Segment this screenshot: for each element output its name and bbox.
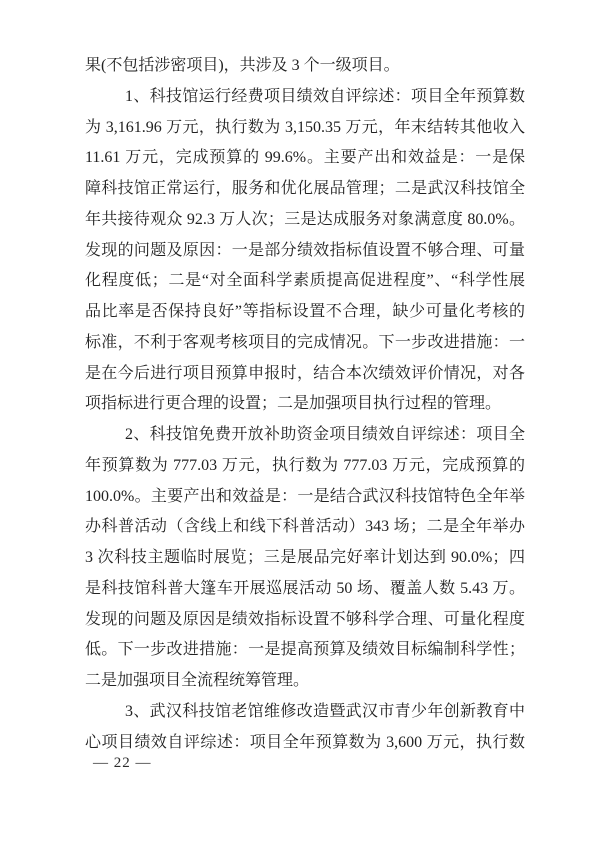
text-line: 11.61 万元，完成预算的 99.6%。主要产出和效益是：一是保 bbox=[85, 143, 525, 174]
text-line: 为 3,161.96 万元，执行数为 3,150.35 万元，年末结转其他收入 bbox=[85, 113, 525, 144]
document-body: 果(不包括涉密项目)，共涉及 3 个一级项目。1、科技馆运行经费项目绩效自评综述… bbox=[85, 51, 525, 758]
text-line: 办科普活动（含线上和线下科普活动）343 场；二是全年举办 bbox=[85, 512, 525, 543]
paragraph: 1、科技馆运行经费项目绩效自评综述：项目全年预算数为 3,161.96 万元，执… bbox=[85, 82, 525, 420]
text-line: 标准，不利于客观考核项目的完成情况。下一步改进措施：一 bbox=[85, 328, 525, 359]
text-line: 年共接待观众 92.3 万人次；三是达成服务对象满意度 80.0%。 bbox=[85, 205, 525, 236]
text-line: 100.0%。主要产出和效益是：一是结合武汉科技馆特色全年举 bbox=[85, 482, 525, 513]
paragraph: 果(不包括涉密项目)，共涉及 3 个一级项目。 bbox=[85, 51, 525, 82]
text-line: 品比率是否保持良好”等指标设置不合理，缺少可量化考核的 bbox=[85, 297, 525, 328]
text-line: 化程度低；二是“对全面科学素质提高促进程度”、“科学性展 bbox=[85, 266, 525, 297]
text-line: 是在今后进行项目预算申报时，结合本次绩效评价情况，对各 bbox=[85, 359, 525, 390]
text-line: 1、科技馆运行经费项目绩效自评综述：项目全年预算数 bbox=[85, 82, 525, 113]
text-line: 年预算数为 777.03 万元，执行数为 777.03 万元，完成预算的 bbox=[85, 451, 525, 482]
text-line: 项指标进行更合理的设置；二是加强项目执行过程的管理。 bbox=[85, 389, 525, 420]
text-line: 果(不包括涉密项目)，共涉及 3 个一级项目。 bbox=[85, 51, 525, 82]
text-line: 二是加强项目全流程统筹管理。 bbox=[85, 666, 525, 697]
text-line: 发现的问题及原因：一是部分绩效指标值设置不够合理、可量 bbox=[85, 236, 525, 267]
text-line: 3 次科技主题临时展览；三是展品完好率计划达到 90.0%；四 bbox=[85, 543, 525, 574]
paragraph: 3、武汉科技馆老馆维修改造暨武汉市青少年创新教育中心项目绩效自评综述：项目全年预… bbox=[85, 697, 525, 759]
text-line: 3、武汉科技馆老馆维修改造暨武汉市青少年创新教育中 bbox=[85, 697, 525, 728]
page-number: — 22 — bbox=[93, 753, 152, 773]
text-line: 低。下一步改进措施：一是提高预算及绩效目标编制科学性； bbox=[85, 635, 525, 666]
text-line: 发现的问题及原因是绩效指标设置不够科学合理、可量化程度 bbox=[85, 605, 525, 636]
paragraph: 2、科技馆免费开放补助资金项目绩效自评综述：项目全年预算数为 777.03 万元… bbox=[85, 420, 525, 697]
document-page: 果(不包括涉密项目)，共涉及 3 个一级项目。1、科技馆运行经费项目绩效自评综述… bbox=[0, 0, 600, 848]
text-line: 2、科技馆免费开放补助资金项目绩效自评综述：项目全 bbox=[85, 420, 525, 451]
text-line: 是科技馆科普大篷车开展巡展活动 50 场、覆盖人数 5.43 万。 bbox=[85, 574, 525, 605]
text-line: 障科技馆正常运行，服务和优化展品管理；二是武汉科技馆全 bbox=[85, 174, 525, 205]
